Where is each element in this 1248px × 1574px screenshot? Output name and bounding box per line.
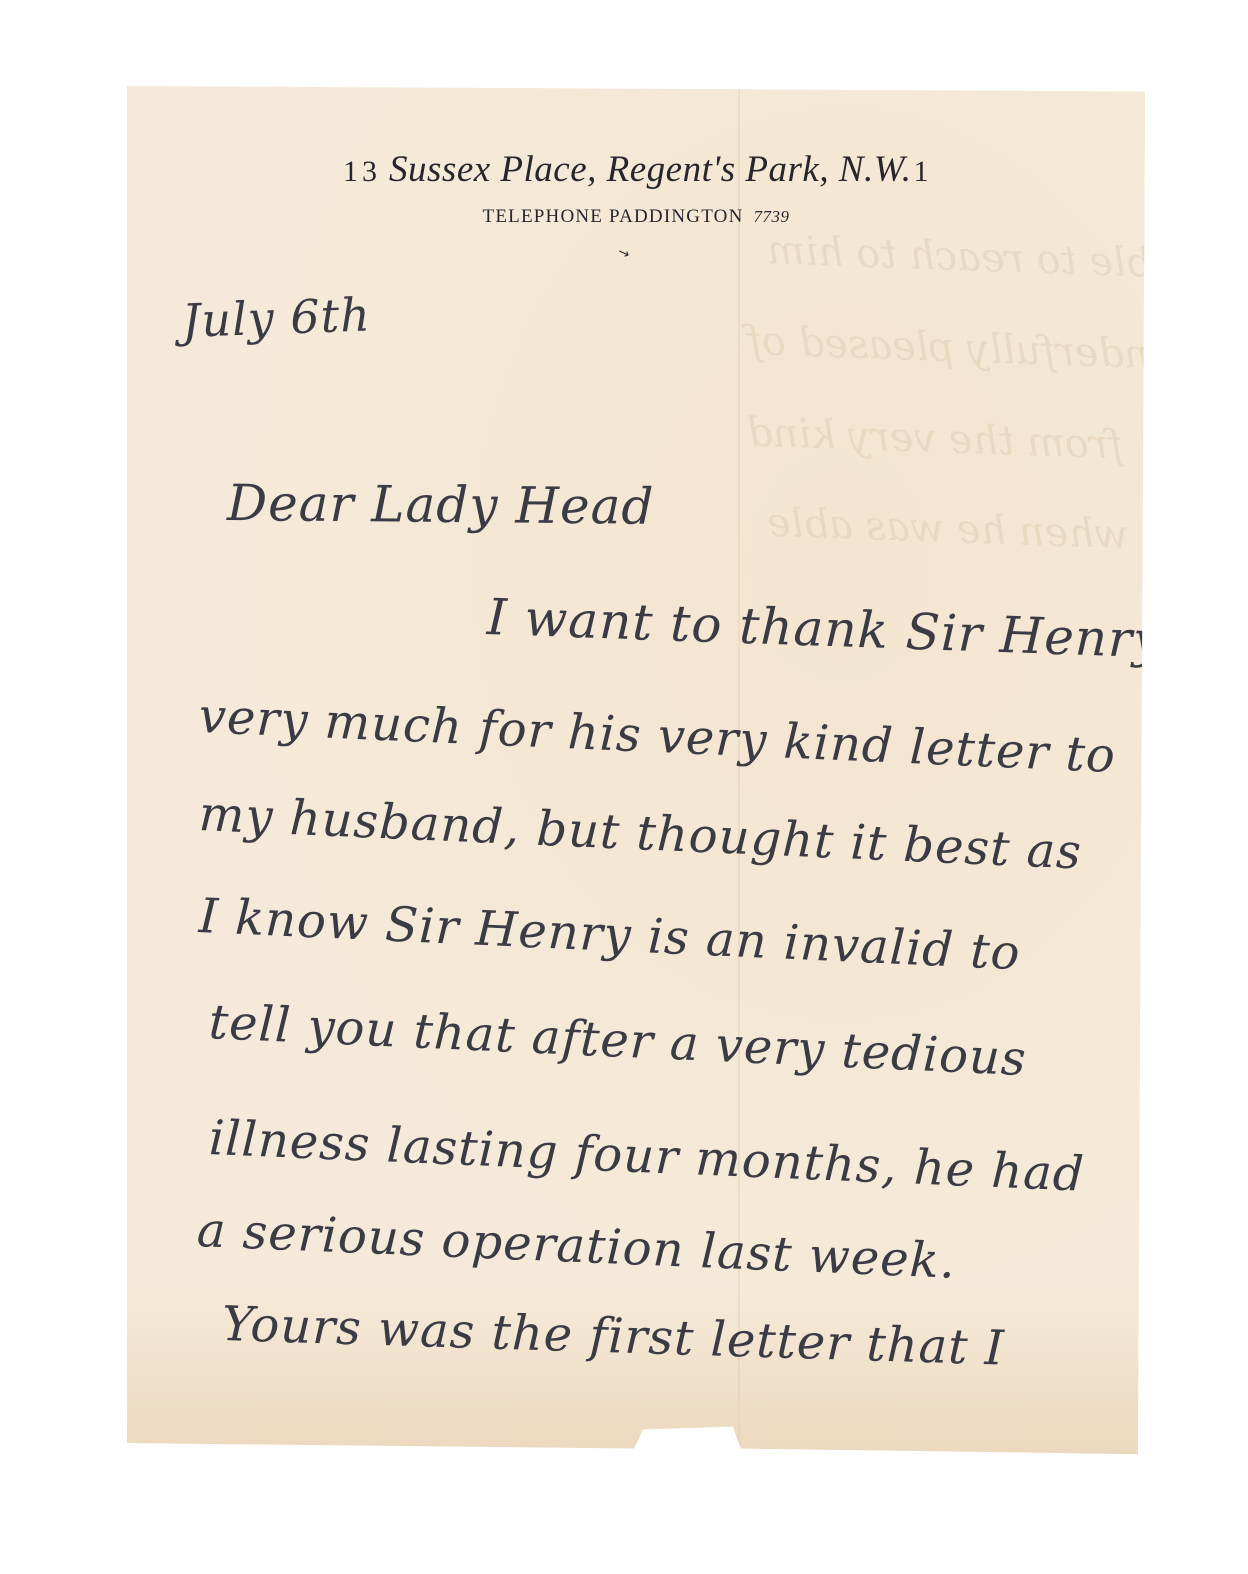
street-address: Sussex Place, Regent's Park, [389,149,829,190]
letterhead-telephone: TELEPHONE PADDINGTON 7739 [127,206,1145,228]
ink-tick-mark-icon: ↘ [616,245,627,257]
body-line: a serious operation last week. [196,1202,957,1290]
body-line: illness lasting four months, he had [208,1110,1086,1203]
body-line: Yours was the first letter that I [221,1296,1006,1377]
telephone-label: TELEPHONE PADDINGTON [483,206,744,227]
telephone-number: 7739 [753,207,789,226]
show-through-text: from the very kind [746,409,1123,468]
letter-date: July 6th [181,287,372,348]
postal-district-number: 1 [913,155,929,188]
body-line: very much for his very kind letter to [198,688,1117,784]
show-through-text: wonderfully pleased of [746,318,1209,380]
body-line: tell you that after a very tedious [208,994,1028,1087]
body-line: I want to thank Sir Henry [486,588,1163,670]
salutation: Dear Lady Head [227,474,655,536]
house-number: 13 [343,155,381,188]
body-line: my husband, but thought it best as [198,786,1083,880]
body-line: I know Sir Henry is an invalid to [198,888,1022,981]
show-through-text: when he was able [766,500,1129,559]
letter-sheet: was able to reach to him wonderfully ple… [127,86,1145,1454]
show-through-text: was able to reach to him [766,227,1248,290]
letterhead-address: 13Sussex Place, Regent's Park, N.W.1 [127,148,1145,191]
postal-district: N.W. [839,149,912,190]
